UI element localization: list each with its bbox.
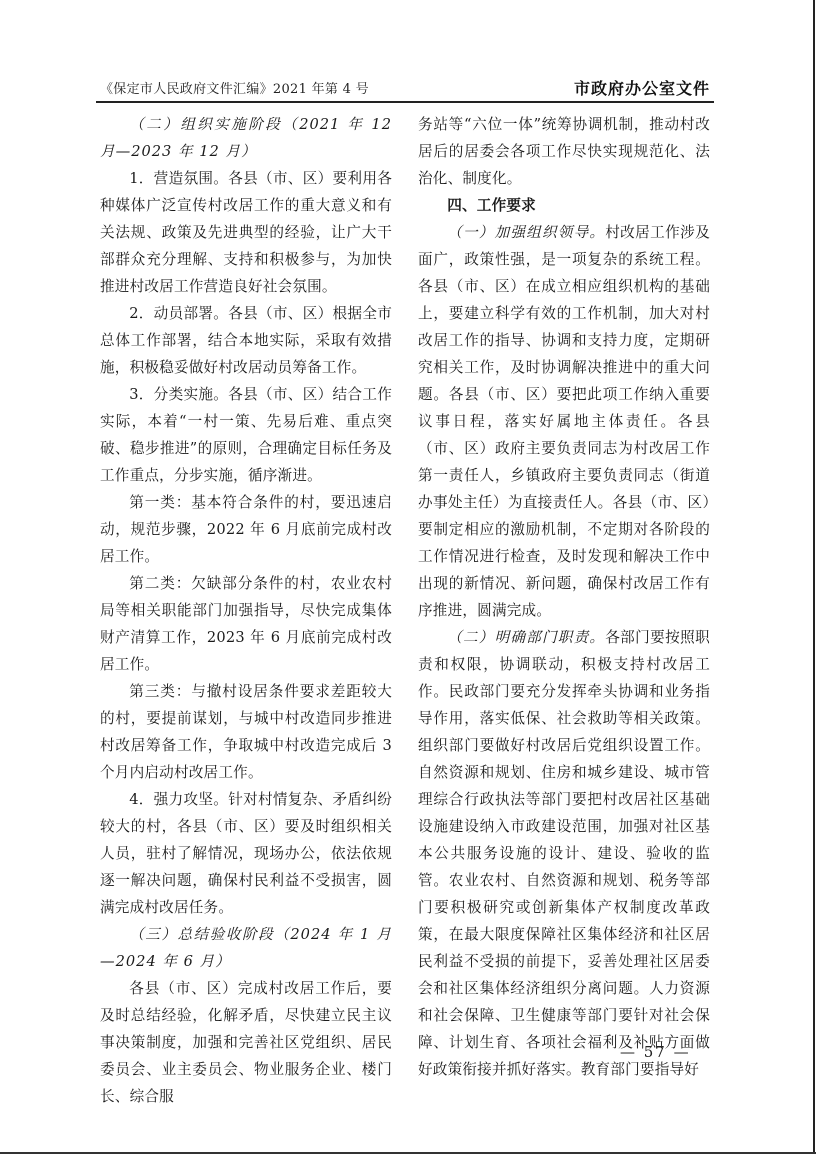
stage2-title: （二）组织实施阶段（2021 年 12 月—2023 年 12 月） (100, 111, 392, 165)
running-header: 《保定市人民政府文件汇编》2021 年第 4 号 市政府办公室文件 (100, 76, 710, 100)
item4-paragraph: 4．强力攻坚。针对村情复杂、矛盾纠纷较大的村，各县（市、区）要及时组织相关人员，… (100, 786, 392, 921)
requirement1-lead: （一）加强组织领导。 (447, 224, 605, 241)
page-number: — 57 — (620, 1043, 691, 1061)
publication-title: 《保定市人民政府文件汇编》2021 年第 4 号 (100, 78, 369, 97)
requirement1-body: 村改居工作涉及面广，政策性强，是一项复杂的系统工程。各县（市、区）在成立相应组织… (418, 224, 710, 619)
item3-lead: 3．分类实施。 (129, 386, 228, 403)
requirement2-body: 各部门要按照职责和权限，协调联动，积极支持村改居工作。民政部门要充分发挥牵头协调… (418, 629, 710, 1078)
item1-paragraph: 1．营造氛围。各县（市、区）要利用各种媒体广泛宣传村改居工作的重大意义和有关法规… (100, 165, 392, 300)
item4-body: 针对村情复杂、矛盾纠纷较大的村，各县（市、区）要及时组织相关人员，驻村了解情况，… (100, 791, 392, 916)
page-border-right (813, 0, 815, 1154)
item2-lead: 2．动员部署。 (129, 305, 228, 322)
stage3-paragraph: 各县（市、区）完成村改居工作后，要及时总结经验，化解矛盾，尽快建立民主议事决策制… (100, 975, 392, 1110)
section4-heading: 四、工作要求 (418, 192, 710, 219)
class2-paragraph: 第二类：欠缺部分条件的村，农业农村局等相关职能部门加强指导，尽快完成集体财产清算… (100, 570, 392, 678)
requirement2-lead: （二）明确部门职责。 (447, 629, 605, 646)
class3-paragraph: 第三类：与撤村设居条件要求差距较大的村，要提前谋划，与城中村改造同步推进村改居筹… (100, 678, 392, 786)
left-column: （二）组织实施阶段（2021 年 12 月—2023 年 12 月） 1．营造氛… (100, 111, 392, 1110)
item1-body: 各县（市、区）要利用各种媒体广泛宣传村改居工作的重大意义和有关法规、政策及先进典… (100, 170, 392, 295)
class1-paragraph: 第一类：基本符合条件的村，要迅速启动，规范步骤，2022 年 6 月底前完成村改… (100, 489, 392, 570)
item2-paragraph: 2．动员部署。各县（市、区）根据全市总体工作部署，结合本地实际，采取有效措施，积… (100, 300, 392, 381)
item1-lead: 1．营造氛围。 (129, 170, 228, 187)
requirement1-paragraph: （一）加强组织领导。村改居工作涉及面广，政策性强，是一项复杂的系统工程。各县（市… (418, 219, 710, 624)
stage3-title: （三）总结验收阶段（2024 年 1 月—2024 年 6 月） (100, 921, 392, 975)
header-rule (96, 101, 714, 103)
item4-lead: 4．强力攻坚。 (129, 791, 228, 808)
stage3-paragraph-continued: 务站等“六位一体”统筹协调机制，推动村改居后的居委会各项工作尽快实现规范化、法治… (418, 111, 710, 192)
item3-paragraph: 3．分类实施。各县（市、区）结合工作实际，本着“一村一策、先易后难、重点突破、稳… (100, 381, 392, 489)
right-column: 务站等“六位一体”统筹协调机制，推动村改居后的居委会各项工作尽快实现规范化、法治… (418, 111, 710, 1083)
requirement2-paragraph: （二）明确部门职责。各部门要按照职责和权限，协调联动，积极支持村改居工作。民政部… (418, 624, 710, 1083)
section-label: 市政府办公室文件 (574, 76, 710, 99)
